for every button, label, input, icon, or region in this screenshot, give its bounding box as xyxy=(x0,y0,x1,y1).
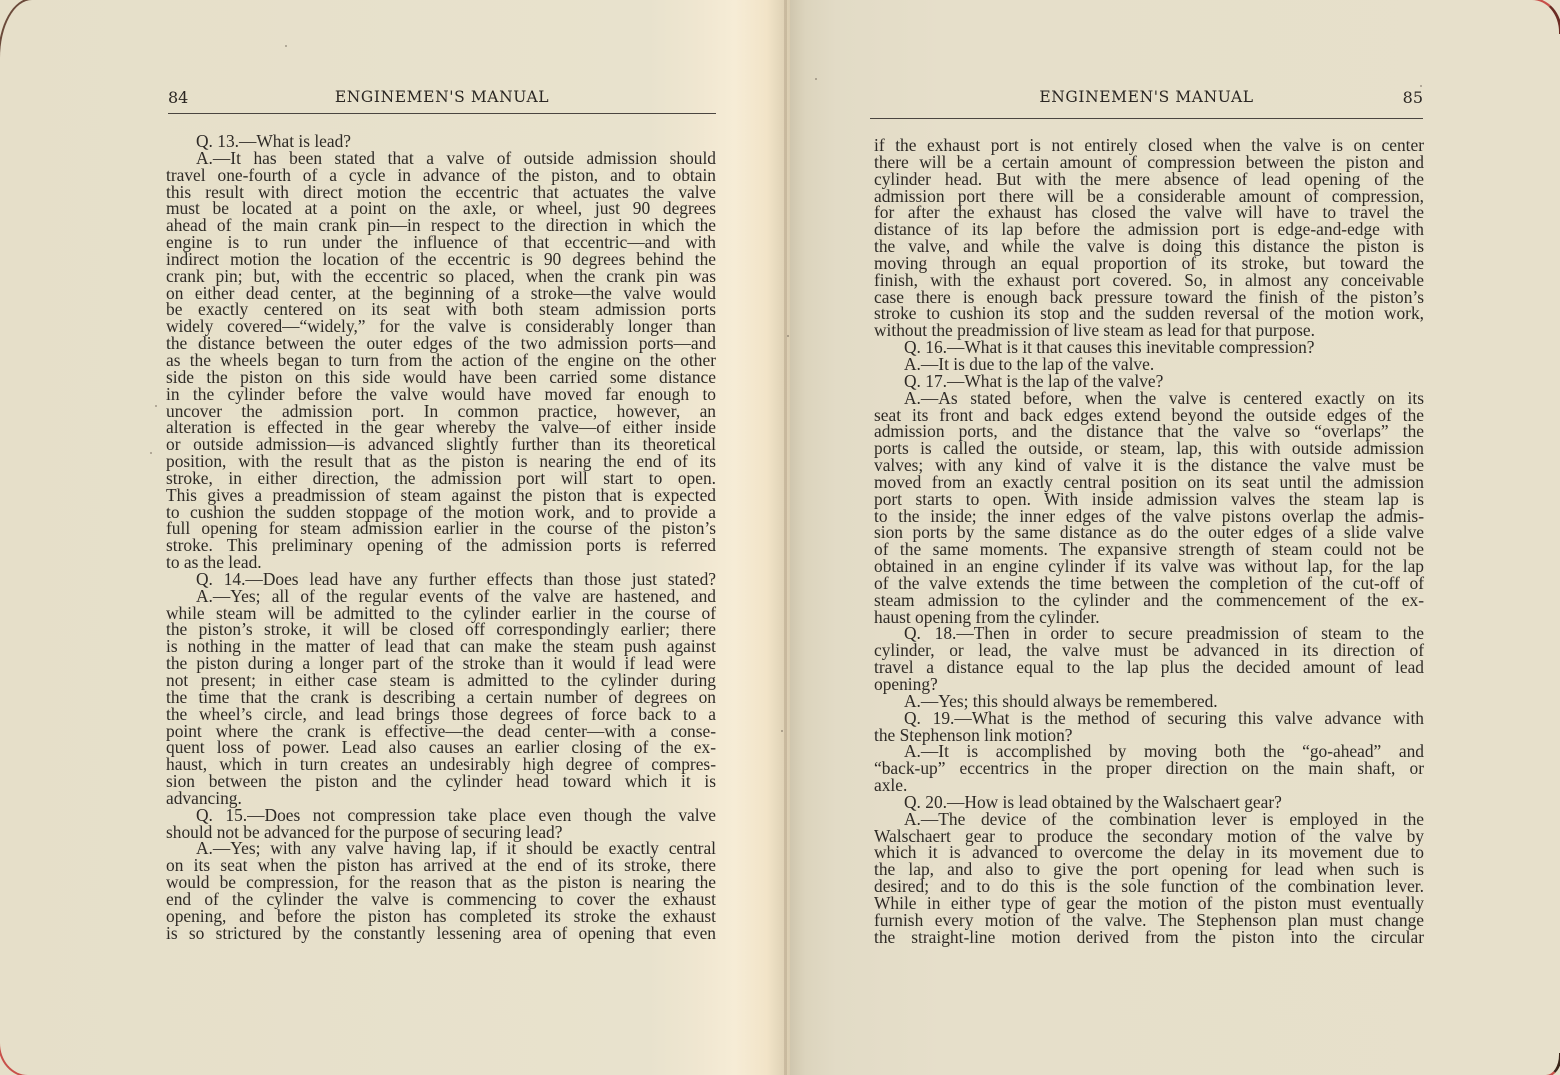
header-rule xyxy=(870,118,1423,119)
paper-speck xyxy=(155,405,157,407)
left-page: 84 ENGINEMEN'S MANUAL Q. 13.—What is lea… xyxy=(0,0,790,1075)
paper-speck xyxy=(787,335,789,337)
text-line: in the cylinder before the valve would h… xyxy=(166,386,716,403)
right-page: ENGINEMEN'S MANUAL 85 if the exhaust por… xyxy=(790,0,1560,1075)
text-line: travel one-fourth of a cycle in advance … xyxy=(166,167,716,184)
text-line: the wheel’s circle, and lead brings thos… xyxy=(166,706,716,723)
text-line: Q. 19.—What is the method of securing th… xyxy=(874,710,1424,727)
text-line: is so strictured by the constantly lesse… xyxy=(166,925,716,942)
right-page-body-text: if the exhaust port is not entirely clos… xyxy=(874,137,1424,946)
text-line: cylinder head. But with the mere absence… xyxy=(874,171,1424,188)
header-rule xyxy=(168,113,716,114)
running-title: ENGINEMEN'S MANUAL xyxy=(870,88,1423,106)
paper-speck xyxy=(1420,85,1422,87)
text-line: “back-up” eccentrics in the proper direc… xyxy=(874,760,1424,777)
paper-speck xyxy=(150,452,152,454)
left-page-body-text: Q. 13.—What is lead?A.—It has been state… xyxy=(166,133,716,942)
text-line: the straight-line motion derived from th… xyxy=(874,929,1424,946)
paper-speck xyxy=(781,730,783,732)
paper-speck xyxy=(815,78,817,80)
book-gutter xyxy=(784,0,787,1075)
book-spread: 84 ENGINEMEN'S MANUAL Q. 13.—What is lea… xyxy=(0,0,1560,1075)
text-line: A.—As stated before, when the valve is c… xyxy=(874,390,1424,407)
paper-speck xyxy=(285,45,287,47)
text-line: sion between the piston and the cylinder… xyxy=(166,773,716,790)
text-line: travel a distance equal to the lap plus … xyxy=(874,659,1424,676)
page-number: 85 xyxy=(1403,88,1423,107)
running-title: ENGINEMEN'S MANUAL xyxy=(168,88,716,106)
